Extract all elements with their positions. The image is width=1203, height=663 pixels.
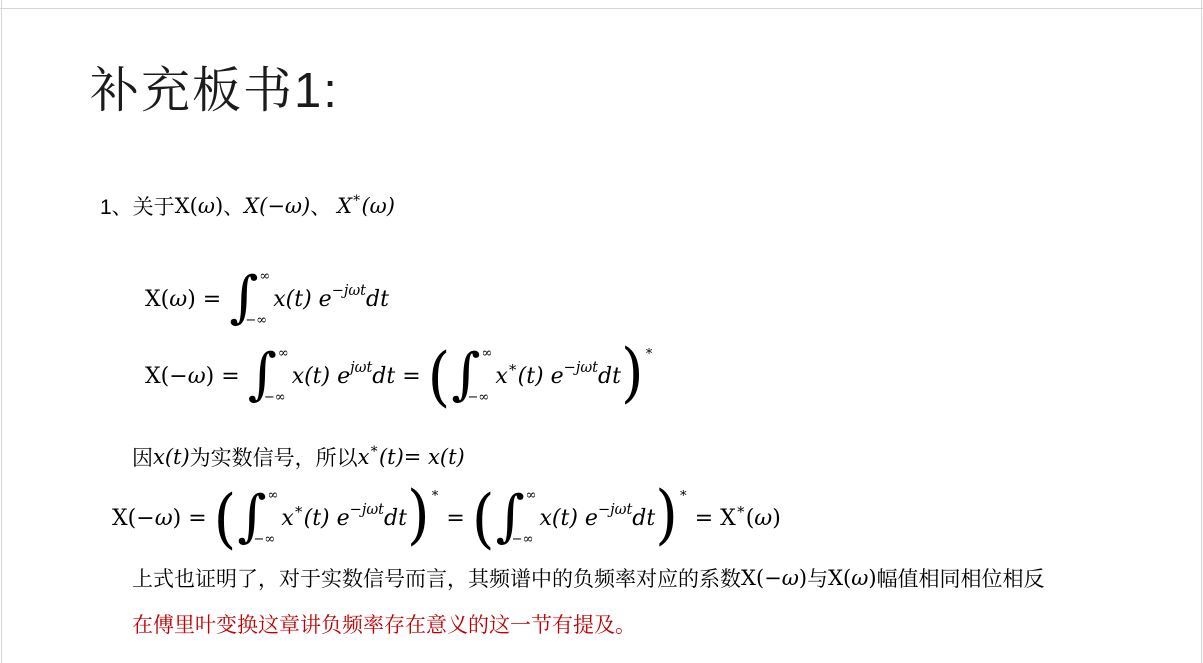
slide-border-top	[0, 8, 1203, 9]
text-token: x(t) e	[292, 364, 350, 389]
conjugate-star: ∗	[644, 343, 654, 359]
big-paren-open: (	[472, 486, 495, 551]
text-token: 上式也证明了，对于实数信号而言，其频谱中的负频率对应的系数	[132, 563, 741, 593]
text-token: x	[358, 445, 370, 469]
lower-limit: −∞	[245, 314, 270, 327]
remark-line-red: 在傅里叶变换这章讲负频率存在意义的这一节有提及。	[132, 607, 636, 641]
integral-sign: ∫∞−∞	[229, 268, 270, 330]
integral-limits: ∞−∞	[266, 487, 278, 549]
big-paren-close: )	[621, 340, 644, 405]
slide-border-left	[1, 0, 2, 663]
integral-sign: ∫∞−∞	[495, 487, 536, 549]
text-token: ω	[155, 506, 173, 531]
big-paren-open: (	[214, 486, 237, 551]
text-token: X(−	[741, 566, 782, 590]
integral-sign: ∫∞−∞	[248, 345, 289, 407]
text-token: 、	[223, 191, 244, 221]
big-paren-close-conjugate: )∗	[407, 485, 439, 551]
superscript-token: ∗	[294, 502, 304, 518]
text-token: X	[337, 194, 352, 218]
conjugate-star: ∗	[430, 485, 440, 501]
text-token: 、	[310, 191, 337, 221]
text-token: x(t) e	[273, 287, 331, 312]
formula-conjugate-result: X(−ω) = (∫∞−∞x∗(t) e−jωtdt)∗ = (∫∞−∞x(t)…	[112, 483, 781, 553]
real-signal-note: 因x(t)为实数信号，所以x∗(t)= x(t)	[132, 440, 465, 474]
text-token: ) =	[173, 506, 214, 531]
slide-border-right	[1201, 0, 1202, 663]
text-token: 1、关于	[100, 191, 175, 221]
text-token: ω	[188, 364, 206, 389]
big-paren-close: )	[407, 482, 430, 547]
conjugate-star: ∗	[678, 485, 688, 501]
text-token: =	[404, 445, 428, 469]
text-token: dt	[384, 506, 407, 531]
text-token: ) =	[206, 364, 247, 389]
text-token: 幅值相同相位相反	[877, 563, 1045, 593]
superscript-token: ∗	[508, 360, 518, 376]
text-token: X(	[828, 566, 851, 590]
lower-limit: −∞	[253, 533, 278, 546]
text-token: (t) e	[304, 506, 350, 531]
text-token: (ω)	[361, 194, 395, 218]
lower-limit: −∞	[467, 391, 492, 404]
big-paren-close-conjugate: )∗	[621, 343, 653, 409]
integral-limits: ∞−∞	[277, 345, 289, 407]
text-token: x(t) e	[540, 506, 598, 531]
text-token: )	[868, 566, 876, 590]
text-token: =	[439, 506, 471, 531]
upper-limit: ∞	[481, 347, 492, 360]
formula-x-omega: X(ω) = ∫∞−∞x(t) e−jωtdt	[145, 265, 389, 333]
text-token: x	[495, 364, 507, 389]
text-token: 在傅里叶变换这章讲负频率存在意义的这一节有提及。	[132, 609, 636, 639]
superscript-token: −jωt	[564, 360, 598, 376]
text-token: dt	[598, 364, 621, 389]
text-token: 与	[807, 563, 828, 593]
superscript-token: −jωt	[350, 502, 384, 518]
text-token: 为实数信号，所以	[190, 442, 358, 472]
lower-limit: −∞	[512, 533, 537, 546]
text-token: x	[281, 506, 293, 531]
big-paren-close: )	[655, 482, 678, 547]
upper-limit: ∞	[267, 489, 278, 502]
text-token: dt	[366, 287, 389, 312]
text-token: X(	[175, 194, 198, 218]
text-token: = X	[688, 506, 736, 531]
superscript-token: −jωt	[332, 283, 366, 299]
superscript-token: jωt	[350, 360, 372, 376]
text-token: )	[215, 194, 223, 218]
superscript-token: ∗	[370, 441, 379, 457]
slide-title: 补充板书1:	[90, 52, 339, 122]
text-token: X(−	[145, 364, 188, 389]
integral-limits: ∞−∞	[525, 487, 537, 549]
upper-limit: ∞	[526, 489, 537, 502]
text-token: ω	[754, 506, 772, 531]
text-token: X(	[145, 287, 169, 312]
text-token: x(t)	[428, 445, 465, 469]
upper-limit: ∞	[278, 347, 289, 360]
text-token: x(t)	[153, 445, 190, 469]
text-token: X(−	[112, 506, 155, 531]
text-token: ω	[782, 566, 799, 590]
text-token: ω	[198, 194, 215, 218]
text-token: (t)	[379, 445, 404, 469]
text-token: ω	[169, 287, 187, 312]
superscript-token: ∗	[736, 502, 746, 518]
text-token: 因	[132, 442, 153, 472]
superscript-token: −jωt	[598, 502, 632, 518]
text-token: ) =	[187, 287, 228, 312]
superscript-token: ∗	[352, 190, 361, 206]
text-token: (	[746, 506, 755, 531]
text-token: )	[799, 566, 807, 590]
text-token: X(−ω)	[244, 194, 310, 218]
text-token: dt	[372, 364, 395, 389]
text-token: =	[395, 364, 427, 389]
big-paren-close-conjugate: )∗	[655, 485, 687, 551]
text-token: (t) e	[518, 364, 564, 389]
text-token: )	[772, 506, 781, 531]
heading-line: 1、关于X(ω)、X(−ω)、 X∗(ω)	[100, 188, 395, 224]
integral-sign: ∫∞−∞	[237, 487, 278, 549]
integral-limits: ∞−∞	[480, 345, 492, 407]
slide-canvas: 补充板书1: 1、关于X(ω)、X(−ω)、 X∗(ω) X(ω) = ∫∞−∞…	[0, 0, 1203, 663]
integral-limits: ∞−∞	[258, 268, 270, 330]
conclusion-line: 上式也证明了，对于实数信号而言，其频谱中的负频率对应的系数X(−ω)与X(ω)幅…	[132, 561, 1045, 595]
big-paren-open: (	[428, 344, 451, 409]
text-token: dt	[632, 506, 655, 531]
formula-x-neg-omega: X(−ω) = ∫∞−∞x(t) ejωtdt = (∫∞−∞x∗(t) e−j…	[145, 341, 653, 411]
text-token: ω	[851, 566, 868, 590]
integral-sign: ∫∞−∞	[451, 345, 492, 407]
lower-limit: −∞	[264, 391, 289, 404]
upper-limit: ∞	[259, 270, 270, 283]
